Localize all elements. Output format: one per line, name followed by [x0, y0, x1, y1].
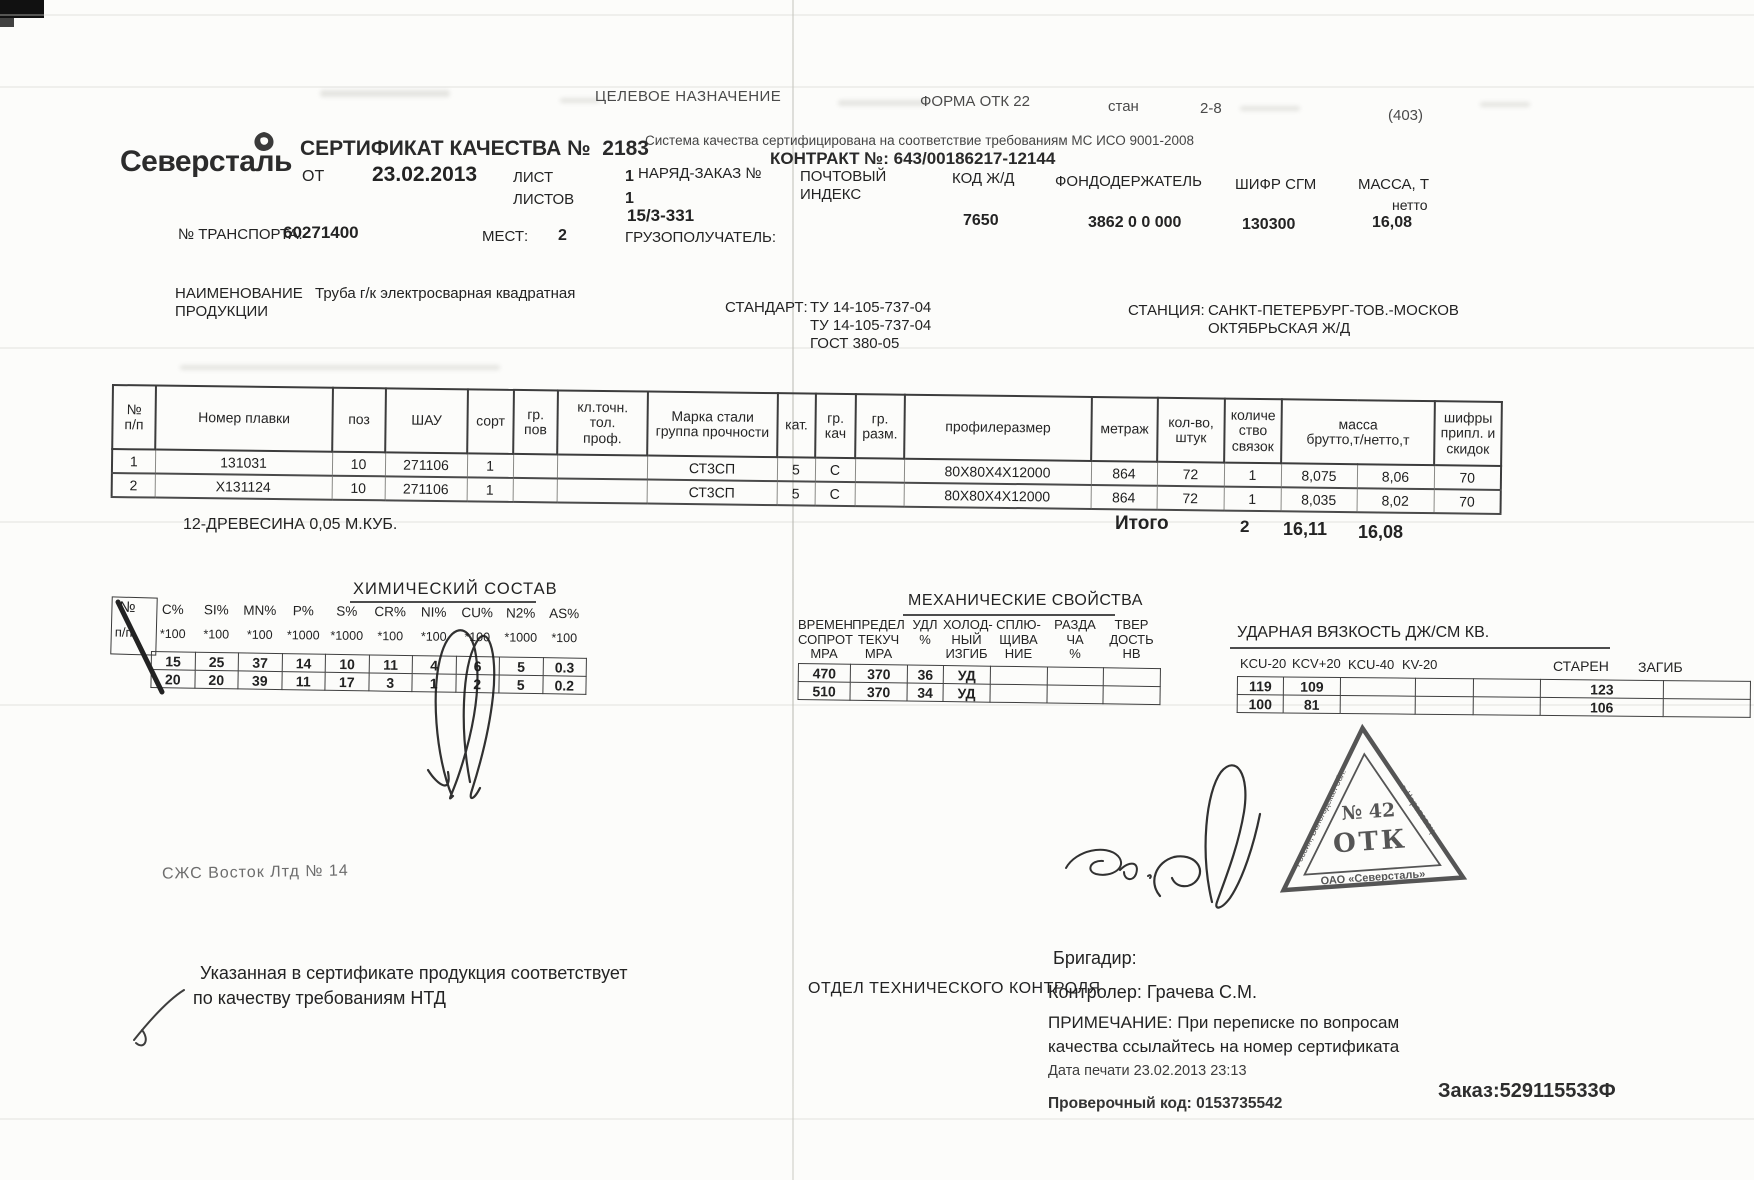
cell [855, 482, 904, 507]
cell [1415, 696, 1473, 715]
cell: 0.3 [543, 658, 587, 677]
standard-label: СТАНДАРТ: [725, 299, 808, 317]
form-label: ФОРМА ОТК 22 [920, 93, 1030, 111]
cell: СТ3СП [647, 480, 777, 506]
impact-header: KCV+20 [1292, 656, 1341, 671]
cell: 5 [777, 481, 815, 505]
cell [1663, 699, 1750, 718]
cell: 5 [499, 675, 543, 694]
cell: 510 [798, 682, 850, 701]
order-code: Заказ:529115533Ф [1438, 1080, 1616, 1104]
order-number: 15/3-331 [627, 206, 694, 226]
station-line-1: САНКТ-ПЕТЕРБУРГ-ТОВ.-МОСКОВ [1208, 302, 1459, 320]
mech-header: УДЛ % [907, 618, 943, 662]
mech-header: ХОЛОД- НЫЙ ИЗГИБ [943, 618, 990, 662]
col-header: гр. разм. [855, 394, 905, 459]
chem-multiplier: *100 [151, 627, 195, 641]
wood-note: 12-ДРЕВЕСИНА 0,05 М.КУБ. [183, 516, 397, 535]
main-product-table: № п/п Номер плавки поз ШАУ сорт гр. пов … [111, 384, 1503, 515]
cell: 17 [325, 672, 369, 691]
cell [1047, 667, 1103, 686]
cell: 5 [777, 457, 815, 481]
chem-element-headers: C% SI% MN% P% S% CR% NI% CU% N2% AS% [151, 602, 586, 622]
impact-header: KCU-20 [1240, 656, 1286, 671]
cell [1340, 695, 1415, 714]
places-label: МЕСТ: [482, 228, 528, 246]
cell: 5 [499, 657, 543, 676]
bend-header: ЗАГИБ [1638, 659, 1683, 676]
cell: 119 [1237, 677, 1283, 695]
mech-header: ВРЕМЕН СОПРОТ МРА [798, 618, 850, 662]
col-header: Номер плавки [155, 386, 333, 452]
purpose-label: ЦЕЛЕВОЕ НАЗНАЧЕНИЕ [595, 88, 781, 106]
pencil-smudge [1480, 102, 1530, 107]
brigadier-label: Бригадир: [1053, 948, 1137, 969]
mech-header: ПРЕДЕЛ ТЕКУЧ МРА [850, 618, 907, 662]
product-name: Труба г/к электросварная квадратная [315, 285, 575, 303]
col-header: кл.точн. тол. проф. [557, 390, 648, 455]
cell: 271106 [385, 476, 467, 501]
standard-line-2: ТУ 14-105-737-04 [810, 317, 931, 335]
sgs-inspection-note: СЖС Восток Лтд № 14 [162, 862, 349, 884]
cell [1473, 697, 1540, 716]
cell: 70 [1434, 489, 1501, 514]
otk-stamp: № 42 ОТК ОАО «Северсталь» Россия, Волого… [1266, 716, 1469, 899]
contract-label: КОНТРАКТ №: [770, 149, 889, 168]
brigadier-signature [1066, 850, 1151, 879]
cell: 470 [798, 664, 850, 683]
cell [557, 454, 647, 479]
cell: 123 [1540, 679, 1663, 698]
cell: С [815, 458, 855, 482]
cell [1103, 686, 1160, 705]
cell [990, 684, 1047, 703]
stan-value: 2-8 [1200, 100, 1222, 118]
impact-title: УДАРНАЯ ВЯЗКОСТЬ ДЖ/СМ КВ. [1237, 624, 1489, 643]
cell: 70 [1434, 465, 1501, 490]
cell: 10 [325, 654, 369, 673]
chem-element: S% [325, 604, 369, 619]
pencil-smudge [560, 98, 600, 103]
chem-title-underline [350, 601, 536, 603]
cell: 10 [332, 452, 385, 477]
cell: 72 [1157, 462, 1224, 487]
cell: 2 [455, 674, 499, 693]
scan-streak [0, 1118, 1754, 1120]
mass-net-value: 16,08 [1372, 214, 1412, 233]
contract-line: КОНТРАКТ №: 643/00186217-12144 [770, 149, 1055, 169]
scan-streak [0, 14, 1754, 16]
cell: 131031 [155, 450, 332, 476]
scanned-certificate-page: ЦЕЛЕВОЕ НАЗНАЧЕНИЕ ФОРМА ОТК 22 стан 2-8… [0, 0, 1754, 1180]
certificate-date: 23.02.2013 [372, 163, 477, 188]
col-header: шифры припл. и скидок [1434, 401, 1502, 466]
chem-title: ХИМИЧЕСКИЙ СОСТАВ [353, 580, 558, 599]
mech-header: РАЗДА ЧА % [1047, 618, 1103, 662]
postal-index-label: ПОЧТОВЫЙ ИНДЕКС [800, 168, 886, 203]
cell: УД [943, 666, 990, 685]
chem-multiplier: *100 [412, 629, 456, 643]
brand-name: Северсталь [120, 144, 292, 179]
pencil-smudge [838, 100, 928, 106]
impact-table: 119 109 123 100 81 106 [1237, 676, 1751, 718]
product-name-label: НАИМЕНОВАНИЕ ПРОДУКЦИИ [175, 285, 303, 320]
col-header: гр. кач [815, 394, 856, 458]
cell: 20 [194, 670, 238, 689]
cell: 1 [467, 453, 513, 478]
mass-label: МАССА, Т [1358, 176, 1429, 194]
chem-multiplier: *100 [455, 630, 499, 644]
standard-line-3: ГОСТ 380-05 [810, 335, 899, 353]
aging-header: СТАРЕН [1553, 658, 1609, 675]
sheet-value: 1 [625, 168, 634, 187]
chem-element: NI% [412, 604, 456, 619]
chem-element: AS% [542, 606, 586, 621]
cell: 15 [151, 652, 195, 671]
pencil-smudge [1240, 106, 1300, 111]
form-code: (403) [1388, 107, 1423, 125]
chem-multiplier: *100 [542, 631, 586, 645]
cell: 2 [112, 473, 155, 498]
order-label: НАРЯД-ЗАКАЗ № [638, 165, 761, 183]
cell: 81 [1283, 695, 1340, 714]
cell [513, 454, 557, 479]
controller-signature [1154, 765, 1260, 907]
cell: 8,035 [1281, 487, 1357, 512]
print-date: Дата печати 23.02.2013 23:13 [1048, 1063, 1247, 1080]
pencil-smudge [320, 90, 450, 97]
cell: 8,06 [1357, 464, 1434, 489]
bottom-left-mark [134, 990, 184, 1045]
chem-multiplier-headers: *100 *100 *100 *1000 *1000 *100 *100 *10… [151, 627, 586, 646]
transport-number: 60271400 [283, 223, 359, 243]
cell: 106 [1540, 697, 1663, 716]
col-header: Марка стали группа прочности [647, 392, 778, 458]
iso-statement: Система качества сертифицирована на соот… [645, 133, 1194, 149]
cell: 39 [238, 671, 282, 690]
mech-table: 470 370 36 УД 510 370 34 УД [797, 663, 1160, 705]
chem-element: MN% [238, 603, 282, 618]
table-row: 510 370 34 УД [798, 682, 1160, 705]
col-header: ШАУ [385, 388, 468, 453]
places-value: 2 [558, 227, 567, 246]
mech-title: МЕХАНИЧЕСКИЕ СВОЙСТВА [908, 592, 1143, 611]
chem-multiplier: *1000 [499, 630, 543, 644]
cell: СТ3СП [647, 456, 777, 482]
cell: 80Х80Х4Х12000 [904, 459, 1091, 485]
controller-line: Контролер: Грачева С.М. [1048, 982, 1257, 1003]
cell [1473, 679, 1540, 698]
mech-header: ТВЕР ДОСТЬ НВ [1103, 618, 1160, 662]
chem-table: 15 25 37 14 10 11 4 6 5 0.3 20 20 39 11 … [150, 651, 587, 695]
impact-header: KCU-40 [1348, 657, 1394, 672]
note-line-2: качества ссылайтесь на номер сертификата [1048, 1037, 1399, 1057]
chem-element: P% [281, 603, 325, 618]
cell: Х131124 [155, 474, 332, 500]
cell: 8,02 [1357, 488, 1434, 513]
check-code: Проверочный код: 0153735542 [1048, 1095, 1282, 1113]
impact-title-underline [1230, 647, 1610, 649]
total-gross: 16,11 [1283, 519, 1327, 540]
certificate-number: 2183 [602, 137, 649, 160]
chem-row-label-pp: п/п [115, 625, 133, 640]
cell: 864 [1091, 485, 1157, 510]
mech-headers: ВРЕМЕН СОПРОТ МРА ПРЕДЕЛ ТЕКУЧ МРА УДЛ %… [798, 618, 1160, 662]
cell: 6 [456, 656, 500, 675]
chem-element: SI% [194, 602, 238, 617]
pencil-smudge [180, 365, 500, 370]
chem-multiplier: *100 [238, 628, 282, 642]
cell [557, 478, 647, 503]
col-header: профилеразмер [904, 395, 1092, 461]
cell: 10 [332, 476, 385, 501]
cell: 20 [151, 670, 195, 689]
total-label: Итого [1115, 513, 1169, 535]
chem-multiplier: *1000 [325, 629, 369, 643]
certificate-title-text: СЕРТИФИКАТ КАЧЕСТВА № [300, 137, 591, 160]
chem-element: CU% [455, 605, 499, 620]
cell: 4 [412, 656, 456, 675]
col-header: масса брутто,т/нетто,т [1281, 399, 1435, 465]
cell [855, 458, 904, 483]
sgm-cipher-value: 130300 [1242, 216, 1295, 235]
note-line-1: ПРИМЕЧАНИЕ: При переписке по вопросам [1048, 1013, 1399, 1033]
sheets-label: ЛИСТОВ [513, 191, 574, 209]
chem-row-label-no: № [119, 599, 136, 616]
total-net: 16,08 [1358, 522, 1403, 543]
col-header: поз [332, 388, 386, 453]
cell: 72 [1157, 486, 1224, 511]
cell: 1 [112, 449, 155, 474]
certificate-title: СЕРТИФИКАТ КАЧЕСТВА № 2183 [300, 137, 649, 161]
standard-line-1: ТУ 14-105-737-04 [810, 299, 931, 317]
col-header: кат. [777, 393, 816, 457]
cell: 3 [368, 673, 412, 692]
mass-net-label: нетто [1392, 197, 1428, 214]
cell: 25 [195, 652, 239, 671]
cell: 1 [1224, 463, 1281, 488]
cell: УД [943, 684, 990, 703]
cell [1103, 668, 1160, 687]
cell: 370 [850, 682, 907, 701]
rail-code-value: 7650 [963, 212, 999, 231]
cell: С [815, 482, 855, 506]
cell: 1 [412, 674, 456, 693]
stamp-number: № 42 [1341, 799, 1396, 825]
rail-code-label: КОД Ж/Д [952, 170, 1014, 188]
cell [1663, 681, 1750, 700]
col-header: кол-во, штук [1157, 398, 1225, 463]
cell: 100 [1237, 695, 1283, 713]
chem-multiplier: *100 [368, 629, 412, 643]
station-label: СТАНЦИЯ: [1128, 302, 1205, 320]
col-header: № п/п [112, 385, 156, 450]
from-label: ОТ [302, 168, 324, 187]
chem-multiplier: *100 [194, 627, 238, 641]
cell: 109 [1283, 677, 1340, 696]
cell: 8,075 [1281, 463, 1357, 488]
col-header: сорт [467, 389, 514, 454]
consignee-label: ГРУЗОПОЛУЧАТЕЛЬ: [625, 229, 776, 247]
conformity-statement-1: Указанная в сертификате продукция соотве… [200, 963, 628, 984]
table-row: 100 81 106 [1237, 695, 1750, 718]
mech-header: СПЛЮ- ЩИВА НИЕ [990, 618, 1047, 662]
cell [1340, 677, 1415, 696]
cell: 36 [907, 665, 943, 684]
cell: 14 [282, 654, 326, 673]
stamp-otk: ОТК [1332, 824, 1409, 859]
cell: 271106 [385, 452, 467, 477]
col-header: метраж [1091, 397, 1158, 462]
chem-element: C% [151, 602, 195, 617]
cell: 80Х80Х4Х12000 [904, 483, 1091, 509]
stan-label: стан [1108, 98, 1139, 116]
cell: 370 [850, 664, 907, 683]
cell: 864 [1091, 461, 1157, 486]
cell [513, 478, 557, 503]
col-header: гр. пов [513, 390, 558, 455]
cell [1047, 685, 1103, 704]
chem-multiplier: *1000 [281, 628, 325, 642]
paper-fold-line [792, 0, 794, 1180]
sheet-label: ЛИСТ [513, 169, 553, 187]
cell: 37 [238, 653, 282, 672]
contract-number: 643/00186217-12144 [894, 149, 1056, 168]
scan-corner-artifact [0, 18, 14, 27]
station-line-2: ОКТЯБРЬСКАЯ Ж/Д [1208, 320, 1350, 338]
col-header: количе ство связок [1224, 399, 1282, 464]
sgm-cipher-label: ШИФР СГМ [1235, 176, 1316, 194]
cell: 1 [1224, 487, 1281, 512]
chem-element: N2% [499, 605, 543, 620]
fund-holder-label: ФОНДОДЕРЖАТЕЛЬ [1055, 173, 1202, 191]
cell: 0.2 [542, 676, 586, 695]
cell: 1 [467, 477, 513, 502]
chem-element: CR% [368, 604, 412, 619]
cell: 11 [281, 672, 325, 691]
conformity-statement-2: по качеству требованиям НТД [193, 988, 446, 1009]
fund-holder-value: 3862 0 0 000 [1088, 214, 1181, 233]
scan-streak [0, 86, 1754, 88]
impact-header: KV-20 [1402, 657, 1437, 672]
mech-title-underline [903, 614, 1115, 616]
cell: 11 [369, 655, 413, 674]
cell [1415, 678, 1473, 697]
cell [990, 666, 1047, 685]
total-bundles: 2 [1240, 517, 1249, 537]
cell: 34 [907, 683, 943, 702]
